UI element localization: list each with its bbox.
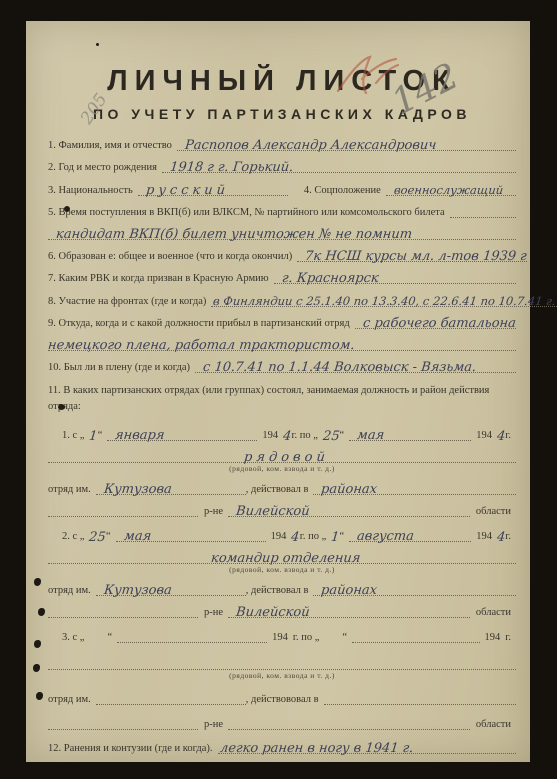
entry1-from-day: 1 [89, 431, 99, 443]
field-name-label: 1. Фамилия, имя и отчество [48, 140, 177, 151]
field-captivity-value: с 10.7.41 по 1.1.44 Волковыск - Вязьма. [194, 362, 476, 374]
entry3-acted-label: , действововал в [246, 694, 324, 705]
entry1-position: рядовой [235, 452, 329, 464]
entry2-region-row: р-не Вилейской области [48, 605, 516, 618]
document-page: 205 142 ЛИЧНЫЙ ЛИСТОК ПО УЧЕТУ ПАРТИЗАНС… [26, 21, 530, 762]
field-party-row: 5. Время поступления в ВКП(б) или ВЛКСМ,… [48, 205, 516, 218]
entry1-otryad-name: Кутузова [95, 484, 172, 496]
entry3-prefix: 3. с „ [62, 632, 89, 643]
field-birth-value: 1918 г г. Горький. [161, 162, 293, 174]
entry3-region-lead-line [48, 717, 198, 730]
field-birth-row: 2. Год и место рождения 1918 г г. Горьки… [48, 160, 516, 173]
field-detachments-label: 11. В каких партизанских отрядах (или гр… [48, 383, 516, 416]
field-rvk-row: 7. Каким РВК и когда призван в Красную А… [48, 271, 516, 284]
entry1-position-line: рядовой [48, 450, 516, 463]
entry2-mid: г. по „ [300, 531, 332, 542]
entry2-rne-line: Вилейской [228, 605, 470, 618]
field-social-value: военнослужащий [385, 184, 503, 196]
entry1-oblast-label: области [470, 506, 516, 517]
field-arrival-value: с рабочего батальона [354, 318, 516, 330]
field-social-line: военнослужащий [386, 182, 516, 196]
ink-speck [58, 404, 65, 410]
entry2-from-year: 4 [291, 532, 301, 544]
entry2-prefix: 2. с „ [62, 531, 89, 542]
field-wounds-line: легко ранен в ногу в 1941 г. [218, 741, 517, 754]
entry1-year-pre2: 194 [471, 430, 497, 441]
entry1-otryad-line: Кутузова [96, 482, 246, 495]
ink-speck [96, 43, 99, 46]
field-nationality-row: 3. Национальность русский 4. Соцположени… [48, 182, 516, 196]
entry2-year-pre1: 194 [266, 531, 292, 542]
entry2-to-month: августа [349, 531, 415, 543]
entry2-position-row: командир отделения [48, 551, 516, 564]
field-rvk-label: 7. Каким РВК и когда призван в Красную А… [48, 273, 274, 284]
entry3-from-month-line [117, 630, 267, 643]
entry3-to-month-line [352, 630, 479, 643]
red-scribble-mark [332, 53, 402, 97]
entry3-year-suf: г. [505, 632, 516, 643]
field-arrival-line: с рабочего батальона [355, 316, 516, 329]
entry3-position-line [48, 657, 516, 670]
field-arrival-cont-line: немецкого плена, работал трактористом. [48, 338, 516, 351]
entry3-rne-label: р-не [198, 719, 228, 730]
entry3-region-row: р-не области [48, 717, 516, 730]
field-fronts-label: 8. Участие на фронтах (где и когда) [48, 296, 211, 307]
entry2-position-line: командир отделения [48, 551, 516, 564]
field-party-label: 5. Время поступления в ВКП(б) или ВЛКСМ,… [48, 207, 450, 218]
entry1-acted-line: районах [313, 482, 516, 495]
entry1-year-suf: г. [505, 430, 516, 441]
entry1-from-month: января [107, 430, 166, 442]
entry2-otryad-line: Кутузова [96, 583, 246, 596]
entry2-from-month: мая [115, 531, 151, 543]
entry3-otryad-label: отряд им. [48, 694, 96, 705]
entry1-to-month: мая [349, 430, 385, 442]
field-education-line: 7к НСШ курсы мл. л-тов 1939 г [297, 249, 527, 262]
entry1-from-month-line: января [107, 428, 257, 441]
field-nationality-label: 3. Национальность [48, 185, 138, 196]
entry2-to-month-line: августа [349, 529, 471, 542]
entry1-to-day: 25 [322, 431, 340, 443]
field-captivity-line: с 10.7.41 по 1.1.44 Волковыск - Вязьма. [195, 360, 516, 373]
entry3-position-caption: (рядовой, ком. взвода и т. д.) [48, 671, 516, 680]
ink-speck [64, 206, 70, 212]
entry1-rne-line: Вилейской [228, 504, 470, 517]
field-party-line: кандидат ВКП(б) билет уничтожен № не пом… [48, 227, 516, 240]
entry1-from-year: 4 [283, 431, 293, 443]
field-fronts-value: в Финляндии с 25.1.40 по 13.3.40, с 22.6… [211, 295, 557, 307]
field-name-row: 1. Фамилия, имя и отчество Распопов Алек… [48, 138, 516, 151]
entry1-date-row: 1. с „ 1 “ января 194 4 г. по „ 25 “ мая… [48, 428, 516, 441]
entry1-prefix: 1. с „ [62, 430, 89, 441]
entry2-year-pre2: 194 [471, 531, 497, 542]
field-party-value: кандидат ВКП(б) билет уничтожен № не пом… [47, 229, 412, 241]
entry1-rne-value: Вилейской [227, 506, 310, 518]
entry1-acted-value: районах [313, 484, 378, 496]
field-wounds-row: 12. Ранения и контузии (где и когда). ле… [48, 741, 516, 754]
form-body: 1. Фамилия, имя и отчество Распопов Алек… [48, 138, 516, 754]
field-birth-label: 2. Год и место рождения [48, 162, 162, 173]
entry2-region-lead-line [48, 605, 198, 618]
entry3-otryad-row: отряд им. , действововал в [48, 692, 516, 705]
entry1-otryad-row: отряд им. Кутузова , действовал в района… [48, 482, 516, 495]
field-rvk-line: г. Красноярск [274, 271, 516, 284]
field-fronts-line: в Финляндии с 25.1.40 по 13.3.40, с 22.6… [211, 293, 557, 307]
entry2-acted-label: , действовал в [246, 585, 314, 596]
entry2-position: командир отделения [203, 553, 362, 565]
entry2-date-row: 2. с „ 25 “ мая 194 4 г. по „ 1 “ август… [48, 529, 516, 542]
entry1-acted-label: , действовал в [246, 484, 314, 495]
field-arrival-label: 9. Откуда, когда и с какой должности при… [48, 318, 355, 329]
entry3-date-row: 3. с „ “ 194 г. по „ “ 194 г. [48, 630, 516, 643]
entry3-mid: г. по „ [293, 632, 325, 643]
entry2-to-day: 1 [331, 532, 341, 544]
entry2-rne-label: р-не [198, 607, 228, 618]
entry2-to-year: 4 [496, 532, 506, 544]
entry2-rne-value: Вилейской [227, 607, 310, 619]
entry3-quote2: “ [342, 632, 352, 643]
entry1-otryad-label: отряд им. [48, 484, 96, 495]
field-name-line: Распопов Александр Александрович [177, 138, 516, 151]
entry1-to-month-line: мая [349, 428, 471, 441]
entry3-rne-line [228, 717, 470, 730]
field-arrival-row: 9. Откуда, когда и с какой должности при… [48, 316, 516, 329]
field-captivity-row: 10. Был ли в плену (где и когда) с 10.7.… [48, 360, 516, 373]
field-arrival-cont-value: немецкого плена, работал трактористом. [47, 340, 355, 352]
entry2-year-suf: г. [505, 531, 516, 542]
entry1-mid: г. по „ [291, 430, 323, 441]
entry3-year-pre1: 194 [267, 632, 293, 643]
entry1-rne-label: р-не [198, 506, 228, 517]
field-arrival-cont-row: немецкого плена, работал трактористом. [48, 338, 516, 351]
field-wounds-value: легко ранен в ногу в 1941 г. [217, 743, 414, 755]
entry2-oblast-label: области [470, 607, 516, 618]
field-birth-line: 1918 г г. Горький. [162, 160, 516, 173]
entry1-region-row: р-не Вилейской области [48, 504, 516, 517]
entry2-quote1: “ [106, 531, 116, 542]
field-captivity-label: 10. Был ли в плену (где и когда) [48, 362, 195, 373]
entry2-otryad-label: отряд им. [48, 585, 96, 596]
field-education-row: 6. Образован е: общее и военное (что и к… [48, 249, 516, 262]
field-nationality-line: русский [138, 183, 288, 196]
entry3-position-row [48, 657, 516, 670]
field-name-value: Распопов Александр Александрович [176, 140, 437, 152]
entry2-acted-line: районах [313, 583, 516, 596]
entry2-otryad-row: отряд им. Кутузова , действовал в района… [48, 583, 516, 596]
entry3-otryad-line [96, 692, 246, 705]
field-wounds-label: 12. Ранения и контузии (где и когда). [48, 743, 218, 754]
field-fronts-row: 8. Участие на фронтах (где и когда) в Фи… [48, 293, 516, 307]
entry2-from-month-line: мая [116, 529, 266, 542]
entry2-from-day: 25 [89, 532, 107, 544]
entry1-region-lead-line [48, 504, 198, 517]
entry3-year-pre2: 194 [480, 632, 506, 643]
entry1-position-row: рядовой [48, 450, 516, 463]
entry2-acted-value: районах [313, 585, 378, 597]
field-social-label: 4. Соцположение [288, 185, 386, 196]
entry3-acted-line [324, 692, 516, 705]
document-subtitle: ПО УЧЕТУ ПАРТИЗАНСКИХ КАДРОВ [48, 106, 516, 122]
field-rvk-value: г. Красноярск [273, 273, 379, 285]
entry2-otryad-name: Кутузова [95, 585, 172, 597]
entry3-quote1: “ [107, 632, 117, 643]
entry3-oblast-label: области [470, 719, 516, 730]
field-nationality-value: русский [137, 185, 229, 197]
field-education-value: 7к НСШ курсы мл. л-тов 1939 г [297, 251, 528, 263]
field-party-value-row: кандидат ВКП(б) билет уничтожен № не пом… [48, 227, 516, 240]
field-party-trailing-line [450, 205, 516, 218]
entry1-to-year: 4 [496, 431, 506, 443]
field-education-label: 6. Образован е: общее и военное (что и к… [48, 251, 297, 262]
entry1-year-pre1: 194 [257, 430, 283, 441]
